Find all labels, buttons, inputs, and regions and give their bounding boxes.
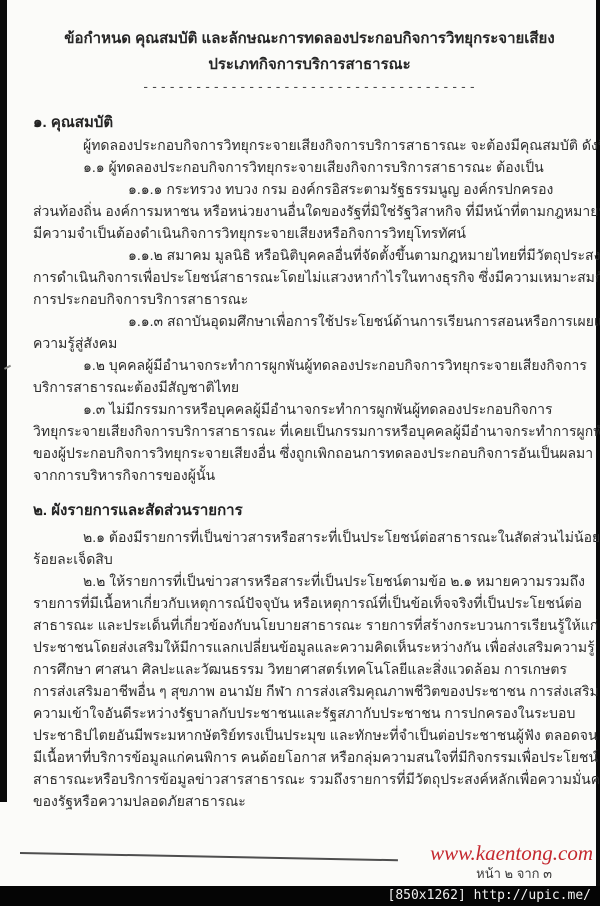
pen-mark-artifact: [4, 365, 13, 374]
text-line: ร้อยละเจ็ดสิบ: [33, 548, 586, 570]
text-line: ๑.๑.๑ กระทรวง ทบวง กรม องค์กรอิสระตามรัฐ…: [33, 178, 586, 200]
section-1-body: ผู้ทดลองประกอบกิจการวิทยุกระจายเสียงกิจก…: [33, 134, 586, 486]
title-line-1: ข้อกำหนด คุณสมบัติ และลักษณะการทดลองประก…: [33, 26, 586, 52]
text-line: รายการที่มีเนื้อหาเกี่ยวกับเหตุการณ์ปัจจ…: [33, 592, 586, 614]
text-line: ความเข้าใจอันดีระหว่างรัฐบาลกับประชาชนแล…: [33, 702, 586, 724]
text-line: ส่วนท้องถิ่น องค์การมหาชน หรือหน่วยงานอื…: [33, 200, 586, 222]
text-line: ความรู้สู่สังคม: [33, 332, 586, 354]
text-line: สาธารณะหรือบริการข้อมูลข่าวสารสาธารณะ รว…: [33, 768, 586, 790]
text-line: ประชาชนโดยส่งเสริมให้มีการแลกเปลี่ยนข้อม…: [33, 636, 586, 658]
text-line: การศึกษา ศาสนา ศิลปะและวัฒนธรรม วิทยาศาส…: [33, 658, 586, 680]
text-line: ๒.๑ ต้องมีรายการที่เป็นข่าวสารหรือสาระที…: [33, 526, 586, 548]
text-line: ของผู้ประกอบกิจการวิทยุกระจายเสียงอื่น ซ…: [33, 442, 586, 464]
text-line: ๑.๓ ไม่มีกรรมการหรือบุคคลผู้มีอำนาจกระทำ…: [33, 398, 586, 420]
text-line: ๒.๒ ให้รายการที่เป็นข่าวสารหรือสาระที่เป…: [33, 570, 586, 592]
title-line-2: ประเภทกิจการบริการสาธารณะ: [33, 52, 586, 78]
section-1-heading: ๑. คุณสมบัติ: [33, 112, 586, 134]
text-line: มีความจำเป็นต้องดำเนินกิจการวิทยุกระจายเ…: [33, 222, 586, 244]
page-indicator: หน้า ๒ จาก ๓: [476, 866, 552, 882]
watermark-url: www.kaentong.com: [430, 841, 593, 865]
document-page: ข้อกำหนด คุณสมบัติ และลักษณะการทดลองประก…: [33, 26, 586, 812]
document-title: ข้อกำหนด คุณสมบัติ และลักษณะการทดลองประก…: [33, 26, 586, 78]
scan-edge-left: [0, 0, 7, 802]
text-line: ๑.๑.๒ สมาคม มูลนิธิ หรือนิติบุคคลอื่นที่…: [33, 244, 586, 266]
bottom-bar: [850x1262] http://upic.me/: [0, 886, 600, 906]
text-line: ผู้ทดลองประกอบกิจการวิทยุกระจายเสียงกิจก…: [33, 134, 586, 156]
text-line: บริการสาธารณะต้องมีสัญชาติไทย: [33, 376, 586, 398]
text-line: จากการบริหารกิจการของผู้นั้น: [33, 464, 586, 486]
text-line: มีเนื้อหาที่บริการข้อมูลแก่คนพิการ คนด้อ…: [33, 746, 586, 768]
text-line: ประชาธิปไตยอันมีพระมหากษัตริย์ทรงเป็นประ…: [33, 724, 586, 746]
text-line: ๑.๑ ผู้ทดลองประกอบกิจการวิทยุกระจายเสียง…: [33, 156, 586, 178]
section-2-body: ๒.๑ ต้องมีรายการที่เป็นข่าวสารหรือสาระที…: [33, 526, 586, 812]
text-line: การประกอบกิจการบริการสาธารณะ: [33, 288, 586, 310]
bottom-bar-url: [850x1262] http://upic.me/: [388, 888, 592, 903]
text-line: การส่งเสริมอาชีพอื่น ๆ สุขภาพ อนามัย กีฬ…: [33, 680, 586, 702]
text-line: การดำเนินกิจการเพื่อประโยชน์สาธารณะโดยไม…: [33, 266, 586, 288]
text-line: ๑.๒ บุคคลผู้มีอำนาจกระทำการผูกพันผู้ทดลอ…: [33, 354, 586, 376]
text-line: วิทยุกระจายเสียงกิจการบริการสาธารณะ ที่เ…: [33, 420, 586, 442]
footer-rule-line: [20, 852, 398, 861]
text-line: ๑.๑.๓ สถาบันอุดมศึกษาเพื่อการใช้ประโยชน์…: [33, 310, 586, 332]
dashed-divider: --------------------------------------: [33, 80, 586, 96]
section-2-heading: ๒. ผังรายการและสัดส่วนรายการ: [33, 500, 586, 522]
text-line: สาธารณะ และประเด็นที่เกี่ยวข้องกับนโยบาย…: [33, 614, 586, 636]
text-line: ของรัฐหรือความปลอดภัยสาธารณะ: [33, 790, 586, 812]
